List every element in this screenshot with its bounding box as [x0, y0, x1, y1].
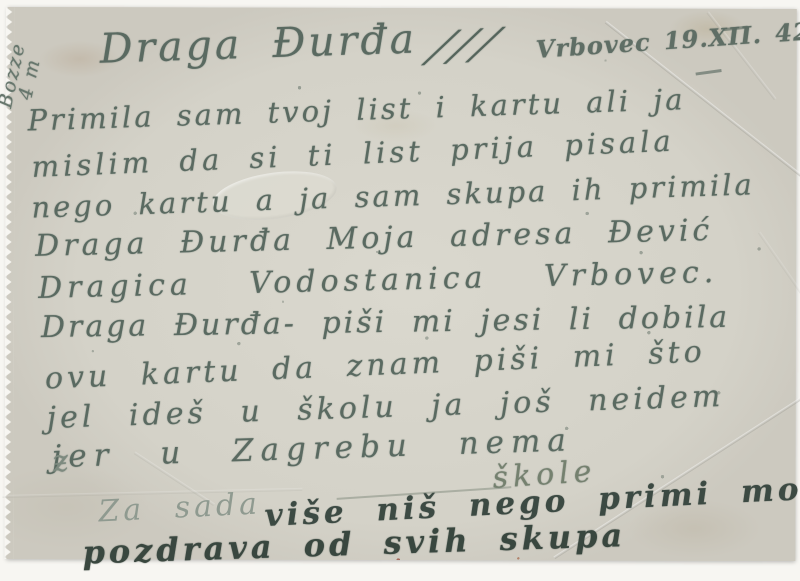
handwriting-line: Draga Đurđa Moja adresa Đević	[35, 216, 714, 262]
pen-dash	[696, 69, 722, 75]
handwriting-line: Dragica Vodostanica Vrbovec.	[38, 258, 719, 304]
dateline: Vrbovec 19.XII. 42	[535, 19, 800, 61]
postcard-paper: Bozze 4 m Draga Đurđa /// Vrbovec 19.XII…	[6, 7, 796, 561]
salutation: Draga Đurđa	[99, 19, 418, 70]
crease	[758, 232, 800, 322]
closing-last-line: pozdrava od svih skupa	[82, 519, 627, 569]
exclamation-strokes: ///	[423, 22, 512, 68]
crossed-letter: ƶ	[51, 446, 70, 477]
scanned-postcard: Bozze 4 m Draga Đurđa /// Vrbovec 19.XII…	[0, 0, 800, 581]
closing-light-words: Za sada	[98, 489, 262, 527]
